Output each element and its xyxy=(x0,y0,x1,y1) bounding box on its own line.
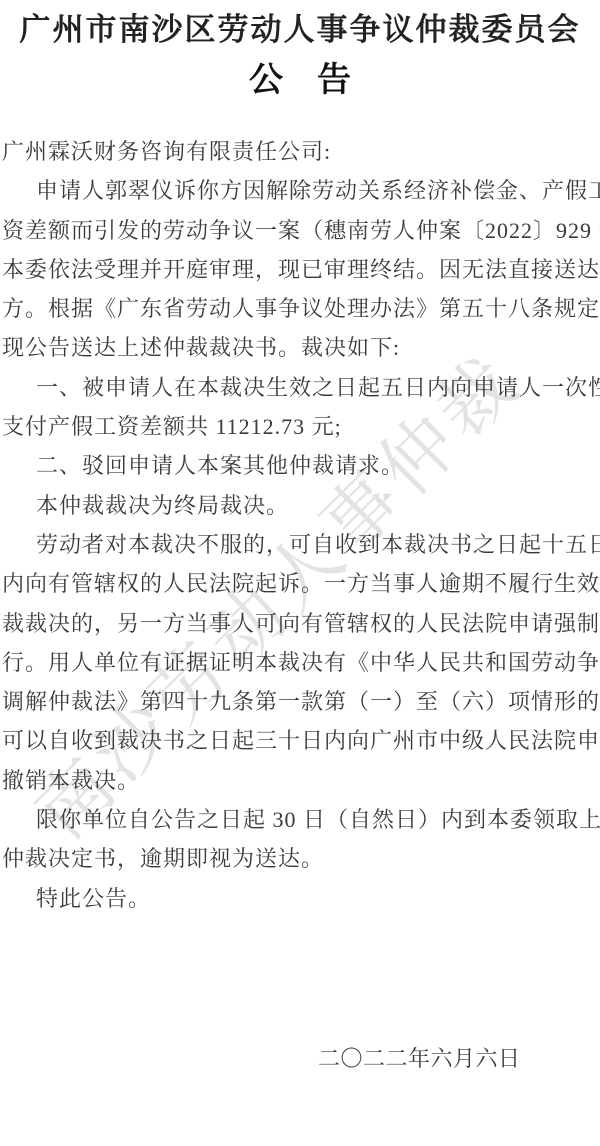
body-line: 支付产假工资差额共 11212.73 元; xyxy=(2,407,600,446)
body-line: 裁裁决的，另一方当事人可向有管辖权的人民法院申请强制执 xyxy=(2,604,600,643)
body-line: 劳动者对本裁决不服的，可自收到本裁决书之日起十五日 xyxy=(2,525,600,564)
body-line: 行。用人单位有证据证明本裁决有《中华人民共和国劳动争议 xyxy=(2,643,600,682)
body-line: 二、驳回申请人本案其他仲裁请求。 xyxy=(2,446,600,485)
body-line: 限你单位自公告之日起 30 日（自然日）内到本委领取上述 xyxy=(2,800,600,839)
document-body: 广州霖沃财务咨询有限责任公司:申请人郭翠仪诉你方因解除劳动关系经济补偿金、产假工… xyxy=(2,132,600,918)
body-line: 内向有管辖权的人民法院起诉。一方当事人逾期不履行生效仲 xyxy=(2,564,600,603)
body-line: 本仲裁裁决为终局裁决。 xyxy=(2,486,600,525)
body-line: 特此公告。 xyxy=(2,879,600,918)
announcement-document: 广州市南沙区劳动人事争议仲裁委员会 公 告 广州霖沃财务咨询有限责任公司:申请人… xyxy=(0,4,600,101)
body-line: 可以自收到裁决书之日起三十日内向广州市中级人民法院申请 xyxy=(2,721,600,760)
body-line: 本委依法受理并开庭审理，现已审理终结。因无法直接送达你 xyxy=(2,250,600,289)
document-title-committee: 广州市南沙区劳动人事争议仲裁委员会 xyxy=(0,4,600,49)
document-date: 二〇二二年六月六日 xyxy=(318,1042,521,1073)
document-title-notice: 公 告 xyxy=(0,52,600,101)
body-line: 仲裁决定书，逾期即视为送达。 xyxy=(2,839,600,878)
body-line: 现公告送达上述仲裁裁决书。裁决如下: xyxy=(2,328,600,367)
body-line: 撤销本裁决。 xyxy=(2,761,600,800)
body-line: 广州霖沃财务咨询有限责任公司: xyxy=(2,132,600,171)
body-line: 方。根据《广东省劳动人事争议处理办法》第五十八条规定， xyxy=(2,289,600,328)
body-line: 一、被申请人在本裁决生效之日起五日内向申请人一次性 xyxy=(2,368,600,407)
body-line: 调解仲裁法》第四十九条第一款第（一）至（六）项情形的， xyxy=(2,682,600,721)
body-line: 申请人郭翠仪诉你方因解除劳动关系经济补偿金、产假工 xyxy=(2,171,600,210)
body-line: 资差额而引发的劳动争议一案（穗南劳人仲案〔2022〕929 号）， xyxy=(2,211,600,250)
